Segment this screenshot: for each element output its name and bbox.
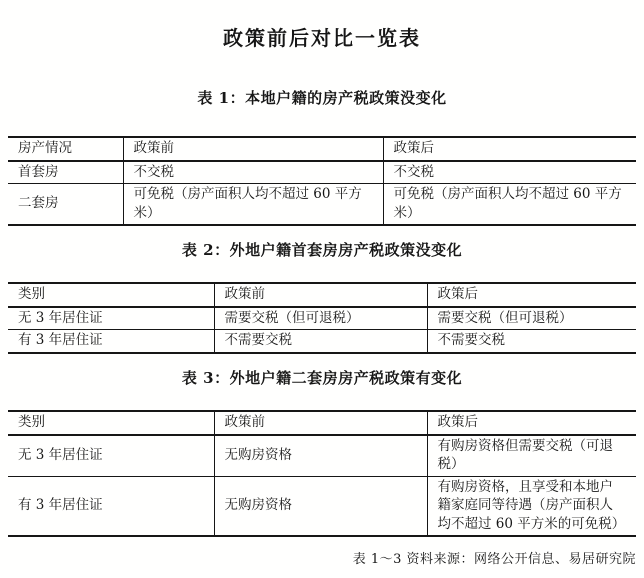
table1-header-cell: 房产情况 [8, 137, 123, 161]
table3-cell: 有购房资格但需要交税（可退税） [427, 435, 636, 477]
table3-row: 有 3 年居住证 无购房资格 有购房资格，且享受和本地户籍家庭同等待遇（房产面积… [8, 476, 636, 536]
table2-header-row: 类别 政策前 政策后 [8, 283, 636, 307]
page-title: 政策前后对比一览表 [0, 22, 644, 51]
table1-header-cell: 政策后 [383, 137, 636, 161]
table2-header-cell: 政策后 [427, 283, 636, 307]
table1-cell: 不交税 [123, 161, 383, 184]
table1-cell: 可免税（房产面积人均不超过 60 平方米） [123, 184, 383, 226]
table3-cell: 无 3 年居住证 [8, 435, 214, 477]
table1: 房产情况 政策前 政策后 首套房 不交税 不交税 二套房 可免税（房产面积人均不… [8, 136, 636, 226]
table1-row: 二套房 可免税（房产面积人均不超过 60 平方米） 可免税（房产面积人均不超过 … [8, 184, 636, 226]
table1-cell: 二套房 [8, 184, 123, 226]
table1-header-cell: 政策前 [123, 137, 383, 161]
table1-header-row: 房产情况 政策前 政策后 [8, 137, 636, 161]
source-note: 表 1～3 资料来源：网络公开信息、易居研究院 [353, 548, 636, 567]
table3-caption: 表 3：外地户籍二套房房产税政策有变化 [0, 367, 644, 388]
table1-cell: 不交税 [383, 161, 636, 184]
table3: 类别 政策前 政策后 无 3 年居住证 无购房资格 有购房资格但需要交税（可退税… [8, 410, 636, 537]
table2-header-cell: 类别 [8, 283, 214, 307]
table3-header-cell: 类别 [8, 411, 214, 435]
table2-row: 有 3 年居住证 不需要交税 不需要交税 [8, 330, 636, 353]
table2-cell: 有 3 年居住证 [8, 330, 214, 353]
table2-cell: 需要交税（但可退税） [427, 307, 636, 330]
table2-cell: 需要交税（但可退税） [214, 307, 427, 330]
table1-cell: 可免税（房产面积人均不超过 60 平方米） [383, 184, 636, 226]
table2-cell: 不需要交税 [214, 330, 427, 353]
table2-cell: 不需要交税 [427, 330, 636, 353]
table3-cell: 无购房资格 [214, 435, 427, 477]
table2-caption: 表 2：外地户籍首套房房产税政策没变化 [0, 239, 644, 260]
table3-header-cell: 政策前 [214, 411, 427, 435]
table2-cell: 无 3 年居住证 [8, 307, 214, 330]
table3-cell: 无购房资格 [214, 476, 427, 536]
table3-cell: 有 3 年居住证 [8, 476, 214, 536]
table3-cell: 有购房资格，且享受和本地户籍家庭同等待遇（房产面积人均不超过 60 平方米的可免… [427, 476, 636, 536]
table3-header-cell: 政策后 [427, 411, 636, 435]
table1-row: 首套房 不交税 不交税 [8, 161, 636, 184]
table2: 类别 政策前 政策后 无 3 年居住证 需要交税（但可退税） 需要交税（但可退税… [8, 282, 636, 354]
table1-cell: 首套房 [8, 161, 123, 184]
document-page: 政策前后对比一览表 表 1：本地户籍的房产税政策没变化 房产情况 政策前 政策后… [0, 0, 644, 578]
table2-header-cell: 政策前 [214, 283, 427, 307]
table3-row: 无 3 年居住证 无购房资格 有购房资格但需要交税（可退税） [8, 435, 636, 477]
table2-row: 无 3 年居住证 需要交税（但可退税） 需要交税（但可退税） [8, 307, 636, 330]
table1-caption: 表 1：本地户籍的房产税政策没变化 [0, 87, 644, 108]
table3-header-row: 类别 政策前 政策后 [8, 411, 636, 435]
